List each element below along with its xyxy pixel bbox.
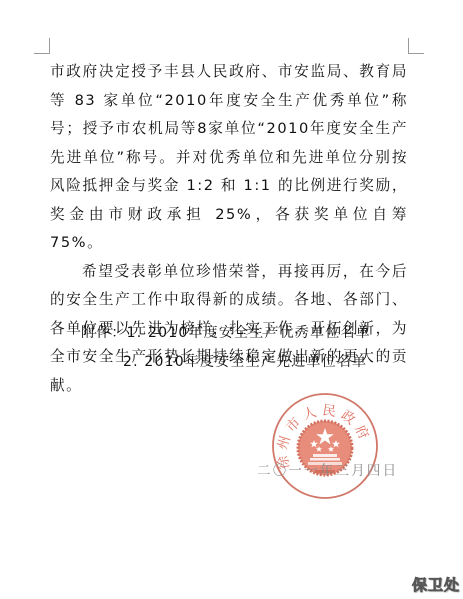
official-seal-icon: 徐州市人民政府	[271, 392, 379, 500]
attachments-list: 附件：1. 2010年度安全生产优秀单位名单 2. 2010年度安全生产先进单位…	[81, 319, 371, 377]
attachment-item-2-text: 2. 2010年度安全生产先进单位名单	[123, 354, 367, 370]
watermark-label: 保卫处	[412, 574, 460, 595]
document-date: 二〇一一年三月四日	[257, 459, 398, 479]
attachment-item-1: 附件：1. 2010年度安全生产优秀单位名单	[81, 319, 371, 348]
paragraph-award-decision: 市政府决定授予丰县人民政府、市安监局、教育局等 83 家单位“2010年度安全生…	[50, 58, 408, 258]
page-crop-mark-top-left	[34, 38, 50, 54]
attachments-label: 附件：	[81, 325, 127, 341]
attachment-item-1-text: 1. 2010年度安全生产优秀单位名单	[127, 325, 371, 341]
attachment-item-2: 2. 2010年度安全生产先进单位名单	[81, 348, 371, 377]
page-crop-mark-top-right	[408, 38, 424, 54]
